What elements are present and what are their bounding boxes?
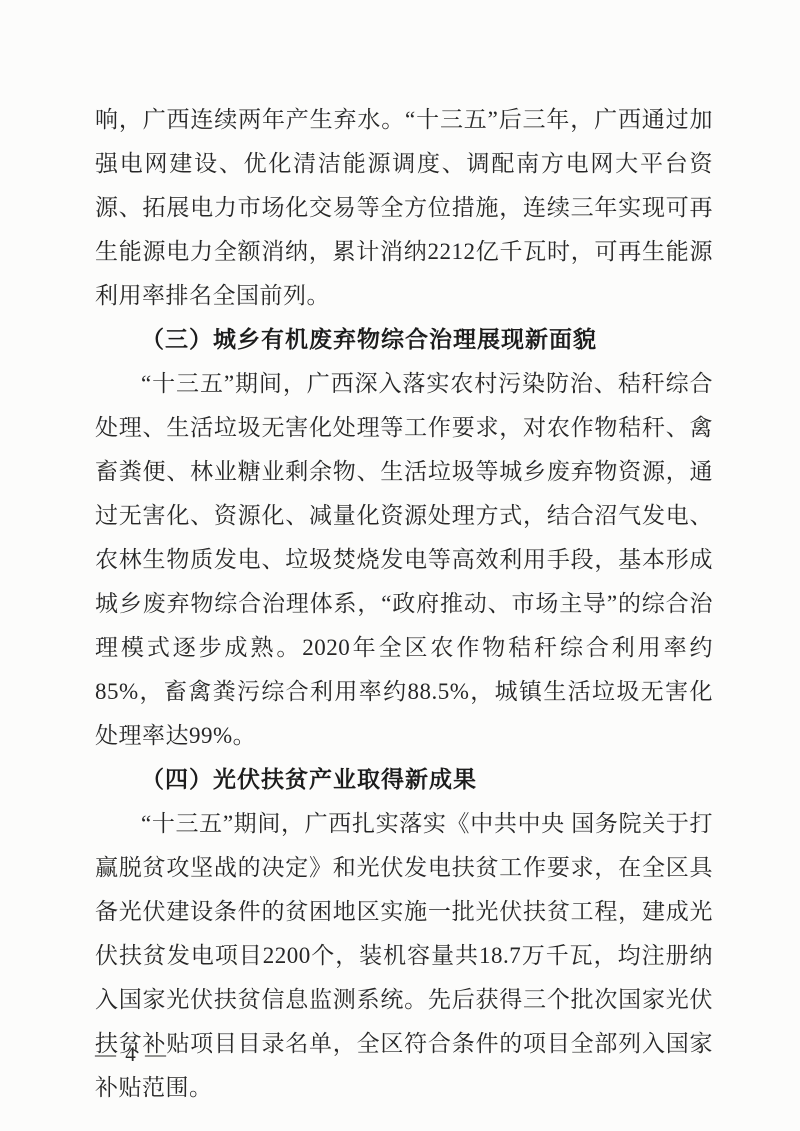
- heading-section-4-pv-poverty-alleviation: （四）光伏扶贫产业取得新成果: [95, 758, 713, 802]
- document-page: 响，广西连续两年产生弃水。“十三五”后三年，广西通过加强电网建设、优化清洁能源调…: [0, 0, 800, 1131]
- page-number: — 4 —: [95, 1042, 168, 1067]
- paragraph-renewable-energy-consumption: 响，广西连续两年产生弃水。“十三五”后三年，广西通过加强电网建设、优化清洁能源调…: [95, 98, 713, 318]
- paragraph-waste-treatment: “十三五”期间，广西深入落实农村污染防治、秸秆综合处理、生活垃圾无害化处理等工作…: [95, 362, 713, 758]
- document-body: 响，广西连续两年产生弃水。“十三五”后三年，广西通过加强电网建设、优化清洁能源调…: [95, 98, 713, 1110]
- heading-section-3-urban-rural-waste: （三）城乡有机废弃物综合治理展现新面貌: [95, 318, 713, 362]
- paragraph-pv-poverty-alleviation: “十三五”期间，广西扎实落实《中共中央 国务院关于打赢脱贫攻坚战的决定》和光伏发…: [95, 802, 713, 1110]
